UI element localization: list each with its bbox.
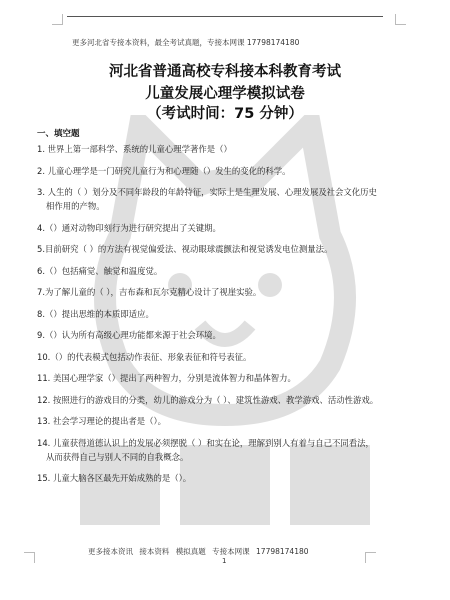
question-item: 9.（）认为所有高级心理功能都来源于社会环境。 — [37, 328, 382, 342]
exam-duration: （考试时间：75 分钟） — [0, 102, 450, 123]
question-item: 8.（）提出思维的本质即适应。 — [37, 307, 382, 321]
question-item: 4.（）通对动物印刻行为进行研究提出了关键期。 — [37, 221, 382, 235]
crop-mark-top-left — [52, 14, 63, 25]
header-rule — [67, 16, 383, 17]
question-item: 5.目前研究（ ）的方法有视觉偏爱法、视动眼球震颤法和视觉诱发电位测量法。 — [37, 242, 382, 256]
question-item: 15. 儿童大脑各区最先开始成熟的是（）。 — [37, 471, 382, 485]
crop-mark-bottom-left — [24, 552, 35, 563]
section-heading: 一、填空题 — [37, 127, 80, 139]
question-item: 3. 人生的（ ）划分及不同年龄段的年龄特征，实际上是生理发展、心理发展及社会文… — [37, 185, 382, 213]
question-item: 6.（）包括痛觉、触觉和温度觉。 — [37, 264, 382, 278]
question-item: 10.（）的代表模式包括动作表征、形象表征和符号表征。 — [37, 350, 382, 364]
page-number: 1 — [222, 557, 226, 565]
question-item: 14. 儿童获得道德认识上的发展必须摆脱（ ）和实在论，理解到别人有着与自己不同… — [37, 436, 382, 464]
exam-title: 河北省普通高校专科接本科教育考试 — [0, 60, 450, 81]
header-note: 更多河北省专接本资料，最全考试真题，专接本网课 17798174180 — [72, 37, 299, 48]
question-item: 1. 世界上第一部科学、系统的儿童心理学著作是（） — [37, 142, 382, 156]
footer-note: 更多接本资讯 接本资料 模拟真题 专接本网课 17798174180 — [88, 546, 309, 557]
question-item: 11. 美国心理学家（）提出了两种智力，分别是流体智力和晶体智力。 — [37, 371, 382, 385]
question-list: 1. 世界上第一部科学、系统的儿童心理学著作是（） 2. 儿童心理学是一门研究儿… — [37, 142, 382, 493]
exam-subject: 儿童发展心理学模拟试卷 — [0, 82, 450, 103]
crop-mark-top-right — [395, 14, 406, 25]
question-item: 13. 社会学习理论的提出者是（）。 — [37, 414, 382, 428]
question-item: 2. 儿童心理学是一门研究儿童行为和心理随（）发生的变化的科学。 — [37, 164, 382, 178]
question-item: 7.为了解儿童的（ ），吉布森和瓦尔克精心设计了视崖实验。 — [37, 285, 382, 299]
question-item: 12. 按照进行的游戏目的分类，幼儿的游戏分为（ ）、建筑性游戏、教学游戏、活动… — [37, 393, 382, 407]
crop-mark-bottom-right — [365, 552, 376, 563]
